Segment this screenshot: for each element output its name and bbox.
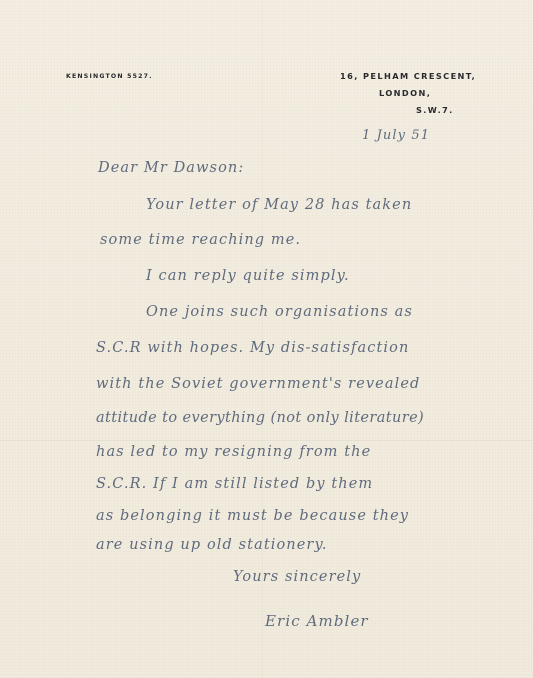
body-line: are using up old stationery. [96, 537, 328, 553]
body-line: S.C.R. If I am still listed by them [96, 476, 373, 492]
letter-date: 1 July 51 [362, 128, 430, 143]
letterhead-address-line-3: S.W.7. [416, 105, 454, 115]
body-line: S.C.R with hopes. My dis-satisfaction [96, 340, 409, 356]
body-line: some time reaching me. [100, 232, 301, 248]
body-line: Your letter of May 28 has taken [146, 197, 412, 213]
body-line: attitude to everything (not only literat… [96, 410, 424, 426]
paper-fold-horizontal [0, 440, 533, 441]
signature: Eric Ambler [265, 612, 369, 630]
body-line: One joins such organisations as [146, 304, 413, 320]
body-line: as belonging it must be because they [96, 508, 409, 524]
body-line: with the Soviet government's revealed [96, 376, 420, 392]
body-line: I can reply quite simply. [146, 268, 350, 284]
letter-page: KENSINGTON 5527. 16, PELHAM CRESCENT, LO… [0, 0, 533, 678]
body-line: has led to my resigning from the [96, 444, 371, 460]
closing: Yours sincerely [233, 569, 361, 585]
letterhead-address-line-1: 16, PELHAM CRESCENT, [340, 71, 476, 81]
salutation: Dear Mr Dawson: [98, 160, 244, 176]
letterhead-phone: KENSINGTON 5527. [66, 73, 153, 80]
letterhead-address-line-2: LONDON, [379, 88, 431, 98]
